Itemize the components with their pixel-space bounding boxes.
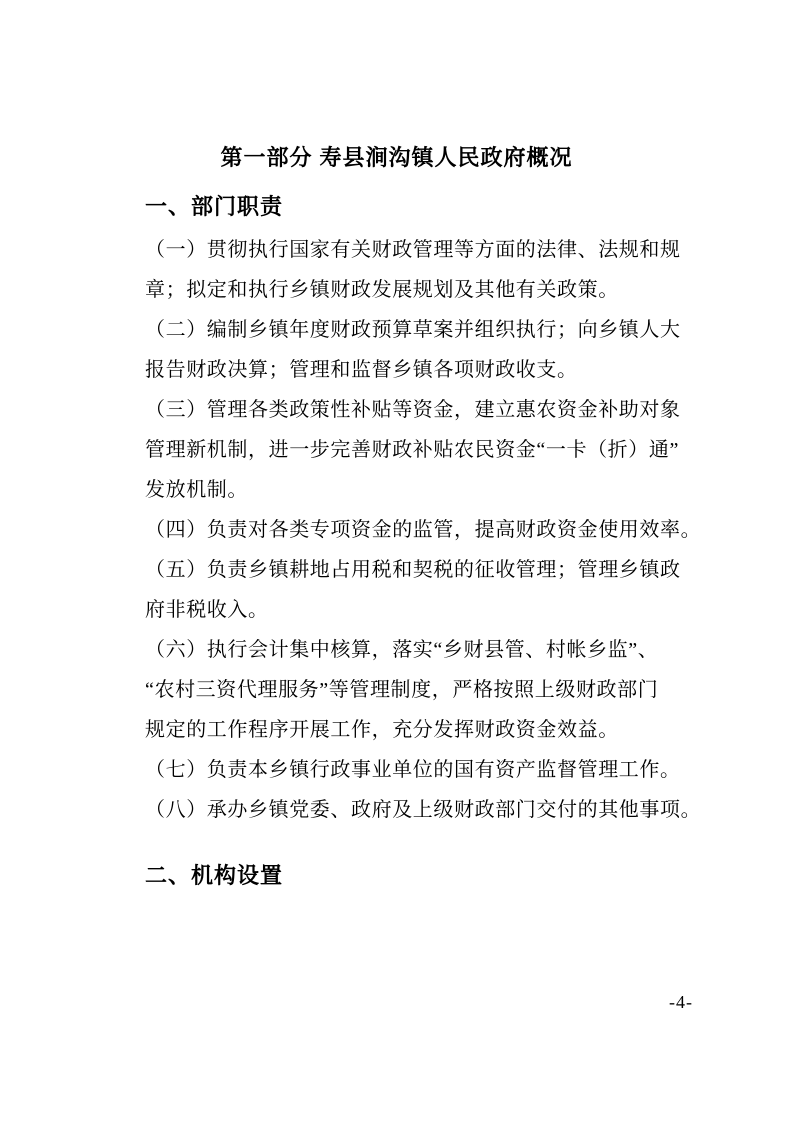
section-heading-organization: 二、机构设置 xyxy=(145,862,283,889)
paragraph: （五）负责乡镇耕地占用税和契税的征收管理；管理乡镇政 府非税收入。 xyxy=(145,550,745,630)
section-duties-paragraphs: （一）贯彻执行国家有关财政管理等方面的法律、法规和规 章；拟定和执行乡镇财政发展… xyxy=(145,230,745,830)
paragraph: （四）负责对各类专项资金的监管，提高财政资金使用效率。 xyxy=(145,510,745,550)
paragraph: （六）执行会计集中核算，落实“乡财县管、村帐乡监”、 “农村三资代理服务”等管理… xyxy=(145,630,745,750)
paragraph: （一）贯彻执行国家有关财政管理等方面的法律、法规和规 章；拟定和执行乡镇财政发展… xyxy=(145,230,745,310)
paragraph: （七）负责本乡镇行政事业单位的国有资产监督管理工作。 xyxy=(145,750,745,790)
page-number: -4- xyxy=(669,992,693,1012)
paragraph: （二）编制乡镇年度财政预算草案并组织执行；向乡镇人大 报告财政决算；管理和监督乡… xyxy=(145,310,745,390)
page-footer: -4- xyxy=(145,991,693,1013)
paragraph: （八）承办乡镇党委、政府及上级财政部门交付的其他事项。 xyxy=(145,790,745,830)
document-title: 第一部分 寿县涧沟镇人民政府概况 xyxy=(0,144,793,171)
document-page: 第一部分 寿县涧沟镇人民政府概况 一、部门职责 （一）贯彻执行国家有关财政管理等… xyxy=(0,0,793,1122)
paragraph: （三）管理各类政策性补贴等资金，建立惠农资金补助对象 管理新机制，进一步完善财政… xyxy=(145,390,745,510)
section-heading-duties: 一、部门职责 xyxy=(145,193,283,220)
